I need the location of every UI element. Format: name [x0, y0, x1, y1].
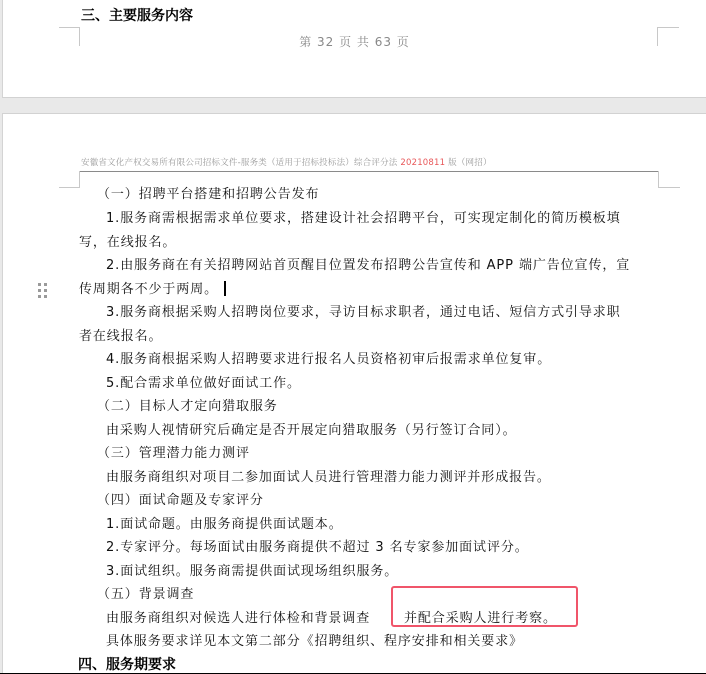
subsection-heading-1: （一）招聘平台搭建和招聘公告发布: [97, 183, 319, 202]
page-header: 安徽省文化产权交易所有限公司招标文件-服务类（适用于招标投标法）综合评分法 20…: [81, 156, 492, 168]
subsection-heading-2: （二）目标人才定向猎取服务: [97, 395, 278, 414]
margin-corner-mark-left: [59, 171, 80, 188]
paragraph-drag-handle-icon[interactable]: [38, 283, 47, 298]
paragraph-line: 5.配合需求单位做好面试工作。: [106, 372, 301, 391]
subsection-heading-4: （四）面试命题及专家评分: [97, 489, 264, 508]
paragraph-text: 传周期各不少于两周。: [79, 282, 218, 297]
header-version: 20210811: [400, 158, 445, 168]
header-rule: [79, 171, 658, 172]
paragraph-line: 3.面试组织。服务商需提供面试现场组织服务。: [106, 560, 398, 579]
subsection-heading-5: （五）背景调查: [97, 583, 194, 602]
paragraph-line: 具体服务要求详见本文第二部分《招聘组织、程序安排和相关要求》: [106, 630, 523, 649]
paragraph-line: 写，在线报名。: [79, 231, 176, 250]
section-heading-3: 三、主要服务内容: [81, 5, 193, 25]
subsection-heading-3: （三）管理潜力能力测评: [97, 442, 250, 461]
paragraph-line: 由采购人视情研究后确定是否开展定向猎取服务（另行签订合同）。: [106, 419, 517, 438]
paragraph-line: 2.专家评分。每场面试由服务商提供不超过 3 名专家参加面试评分。: [106, 536, 529, 555]
paragraph-line: 4.服务商根据采购人招聘要求进行报名人员资格初审后报需求单位复审。: [106, 348, 551, 367]
paragraph-line: 3.服务商根据采购人招聘岗位要求，寻访目标求职者，通过电话、短信方式引导求职: [106, 301, 621, 320]
header-title: 安徽省文化产权交易所有限公司招标文件-服务类（适用于招标投标法）综合评分法: [81, 158, 400, 168]
paragraph-line: 2.由服务商在有关招聘网站首页醒目位置发布招聘公告宣传和 APP 端广告位宣传，…: [106, 254, 630, 273]
section-heading-4: 四、服务期要求: [78, 654, 176, 674]
paragraph-line: 由服务商组织对候选人进行体检和背景调查: [106, 607, 370, 626]
paragraph-line: 1.服务商需根据需求单位要求，搭建设计社会招聘平台，可实现定制化的简历模板填: [106, 207, 621, 226]
page-number-footer: 第 32 页 共 63 页: [3, 33, 706, 50]
margin-corner-mark-right: [658, 171, 680, 188]
paragraph-line: 由服务商组织对项目二参加面试人员进行管理潜力能力测评并形成报告。: [106, 466, 551, 485]
paragraph-line: 1.面试命题。由服务商提供面试题本。: [106, 513, 343, 532]
header-suffix: 版（网招）: [445, 158, 491, 168]
highlight-annotation-box: [391, 586, 578, 627]
paragraph-line: 传周期各不少于两周。: [79, 278, 226, 297]
paragraph-line: 者在线报名。: [79, 325, 162, 344]
text-cursor: [224, 281, 226, 296]
previous-page: 三、主要服务内容 第 32 页 共 63 页: [2, 0, 706, 98]
